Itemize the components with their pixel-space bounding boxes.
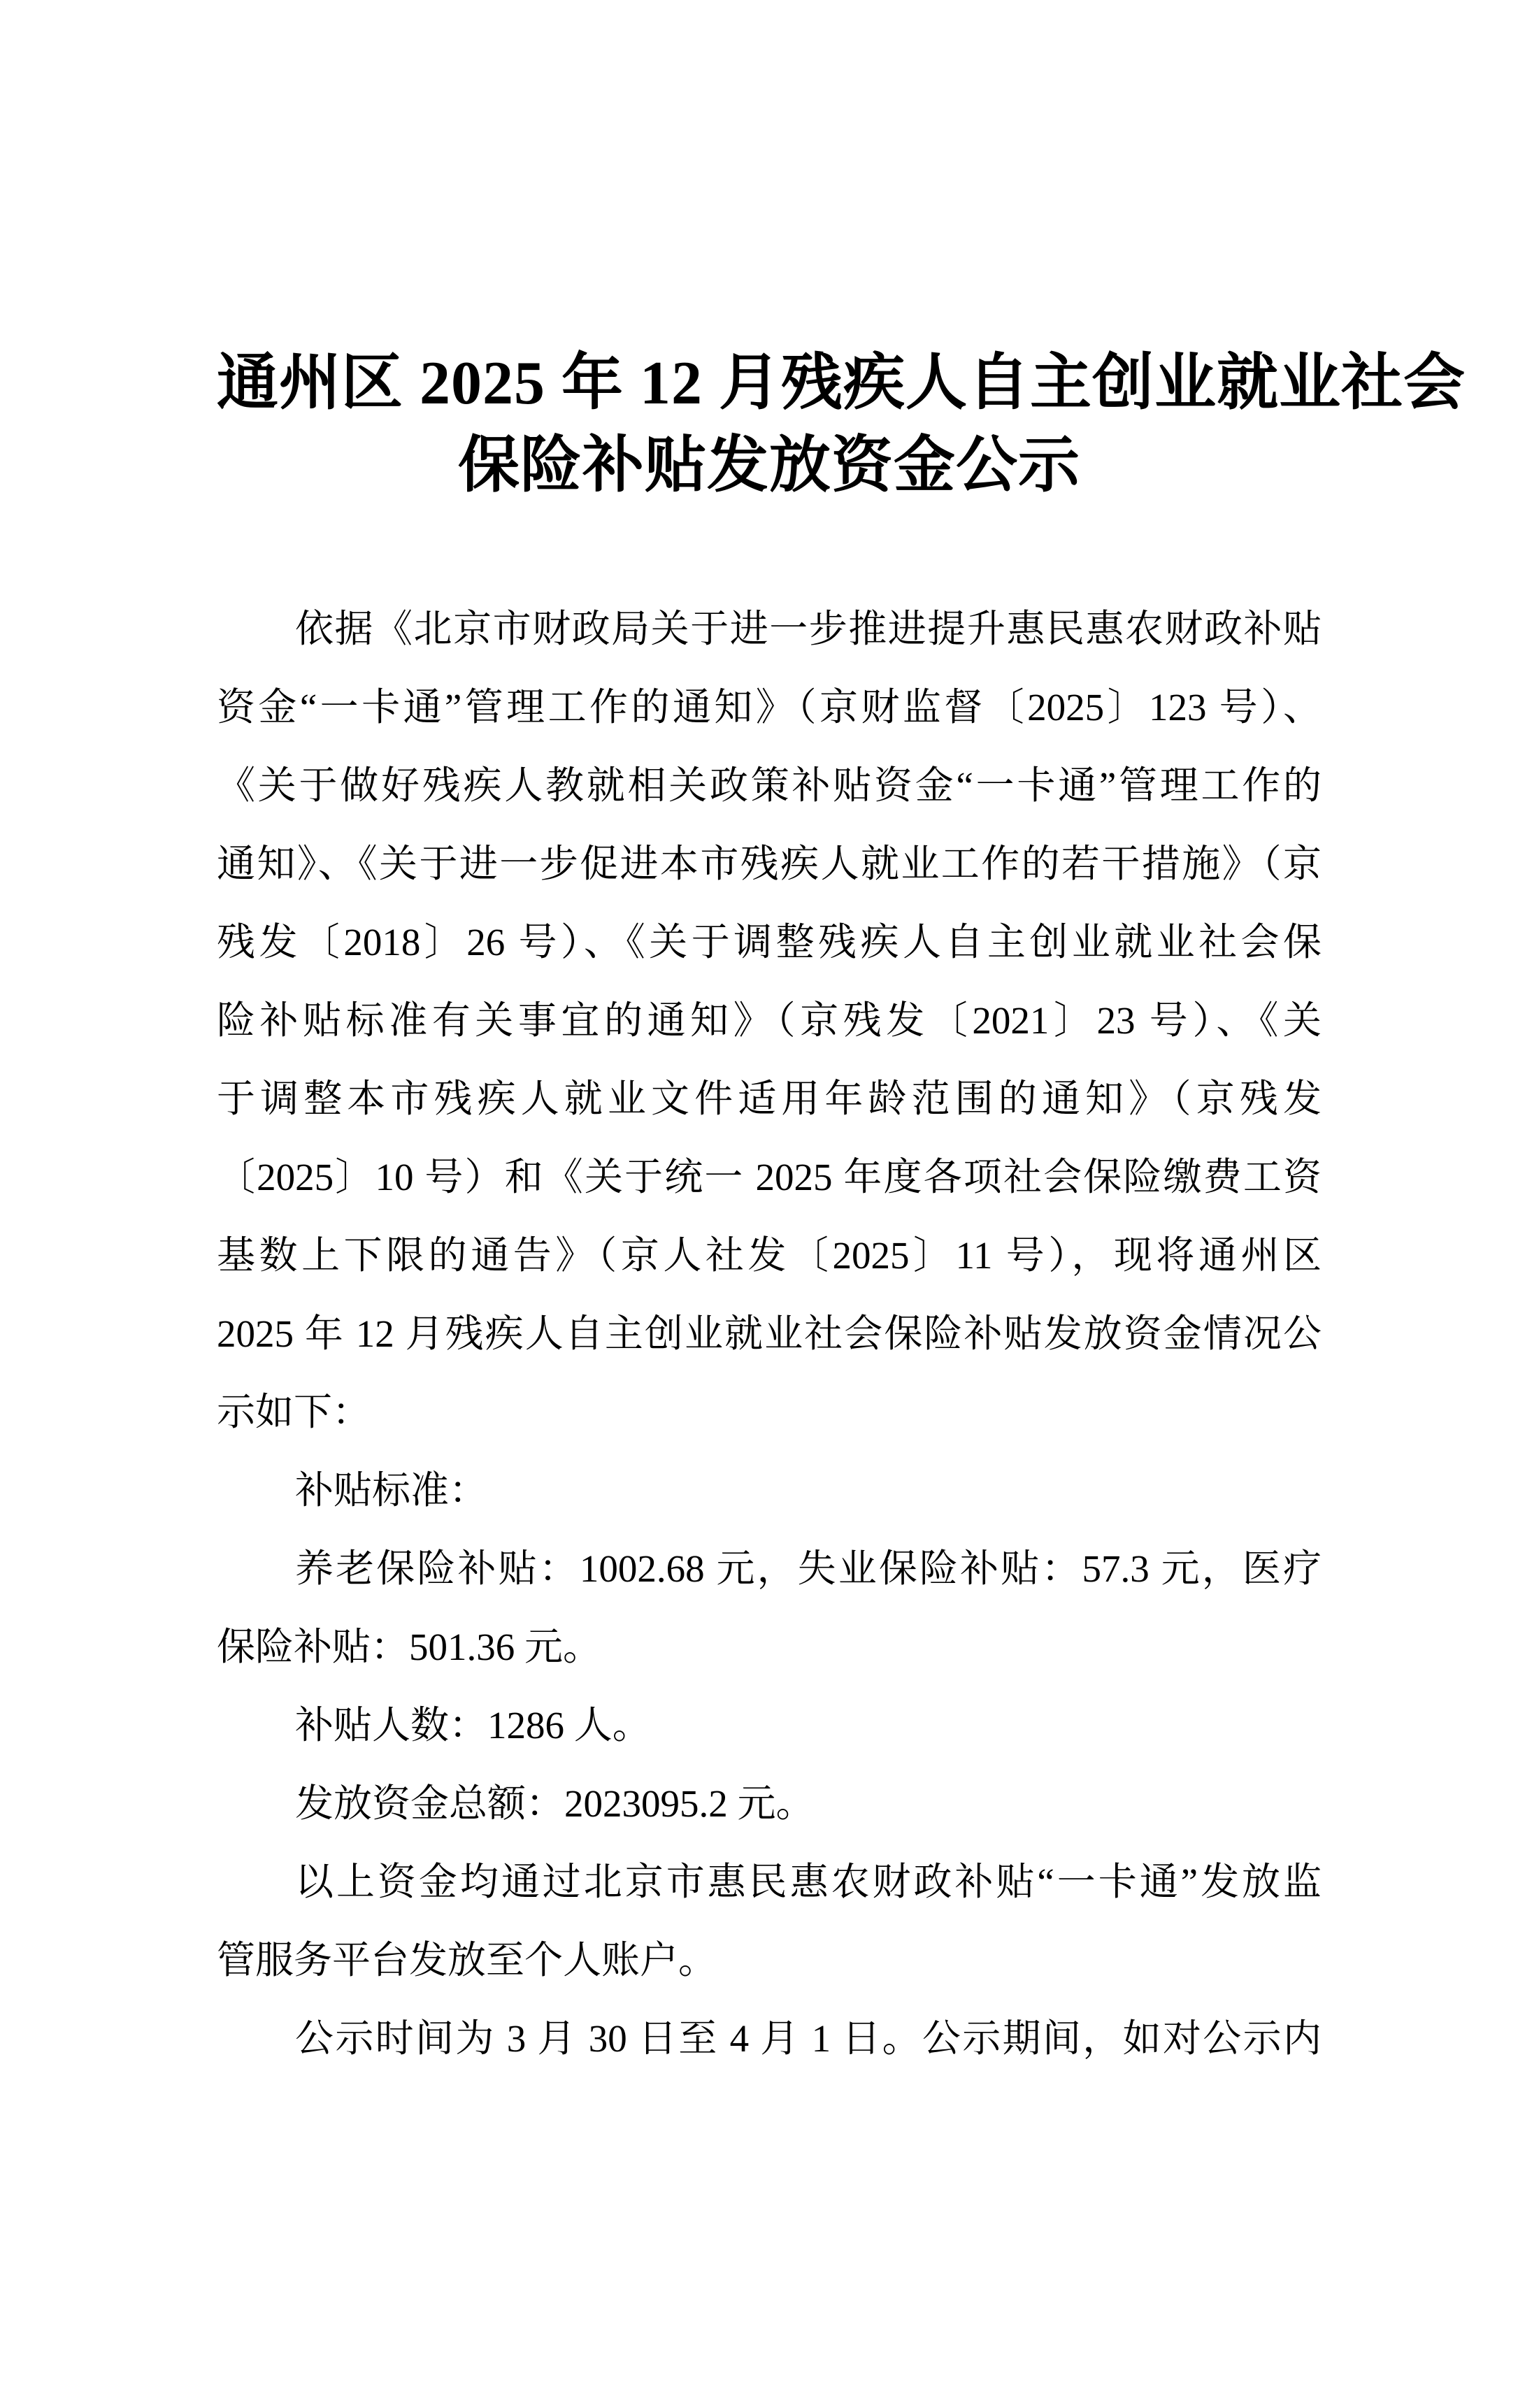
document-title-line-1: 通州区 2025 年 12 月残疾人自主创业就业社会 bbox=[217, 343, 1322, 425]
body-line: 养老保险补贴：1002.68 元，失业保险补贴：57.3 元，医疗 bbox=[217, 1530, 1322, 1608]
body-line: 险补贴标准有关事宜的通知》（京残发〔2021〕23 号）、《关 bbox=[217, 982, 1322, 1060]
document-body: 依据《北京市财政局关于进一步推进提升惠民惠农财政补贴资金“一卡通”管理工作的通知… bbox=[217, 590, 1322, 2078]
body-line: 依据《北京市财政局关于进一步推进提升惠民惠农财政补贴 bbox=[217, 590, 1322, 668]
body-line: 基数上下限的通告》（京人社发〔2025〕11 号），现将通州区 bbox=[217, 1217, 1322, 1295]
body-line: 〔2025〕10 号）和《关于统一 2025 年度各项社会保险缴费工资 bbox=[217, 1138, 1322, 1217]
body-line: 补贴人数：1286 人。 bbox=[217, 1686, 1322, 1765]
body-line: 补贴标准： bbox=[217, 1452, 1322, 1530]
body-line: 保险补贴：501.36 元。 bbox=[217, 1608, 1322, 1686]
document-title: 通州区 2025 年 12 月残疾人自主创业就业社会 保险补贴发放资金公示 bbox=[217, 0, 1322, 508]
document-title-line-2: 保险补贴发放资金公示 bbox=[217, 425, 1322, 508]
body-line: 2025 年 12 月残疾人自主创业就业社会保险补贴发放资金情况公 bbox=[217, 1295, 1322, 1373]
body-line: 通知》、《关于进一步促进本市残疾人就业工作的若干措施》（京 bbox=[217, 825, 1322, 903]
document-page: 通州区 2025 年 12 月残疾人自主创业就业社会 保险补贴发放资金公示 依据… bbox=[0, 0, 1525, 2408]
body-line: 以上资金均通过北京市惠民惠农财政补贴“一卡通”发放监 bbox=[217, 1843, 1322, 1921]
body-line: 公示时间为 3 月 30 日至 4 月 1 日。公示期间，如对公示内 bbox=[217, 2000, 1322, 2078]
body-line: 示如下： bbox=[217, 1373, 1322, 1452]
body-line: 发放资金总额：2023095.2 元。 bbox=[217, 1765, 1322, 1843]
body-line: 管服务平台发放至个人账户。 bbox=[217, 1921, 1322, 2000]
body-line: 残发〔2018〕26 号）、《关于调整残疾人自主创业就业社会保 bbox=[217, 903, 1322, 982]
body-line: 《关于做好残疾人教就相关政策补贴资金“一卡通”管理工作的 bbox=[217, 747, 1322, 825]
document-content: 通州区 2025 年 12 月残疾人自主创业就业社会 保险补贴发放资金公示 依据… bbox=[217, 0, 1322, 2078]
body-line: 于调整本市残疾人就业文件适用年龄范围的通知》（京残发 bbox=[217, 1060, 1322, 1138]
body-line: 资金“一卡通”管理工作的通知》（京财监督〔2025〕123 号）、 bbox=[217, 668, 1322, 747]
